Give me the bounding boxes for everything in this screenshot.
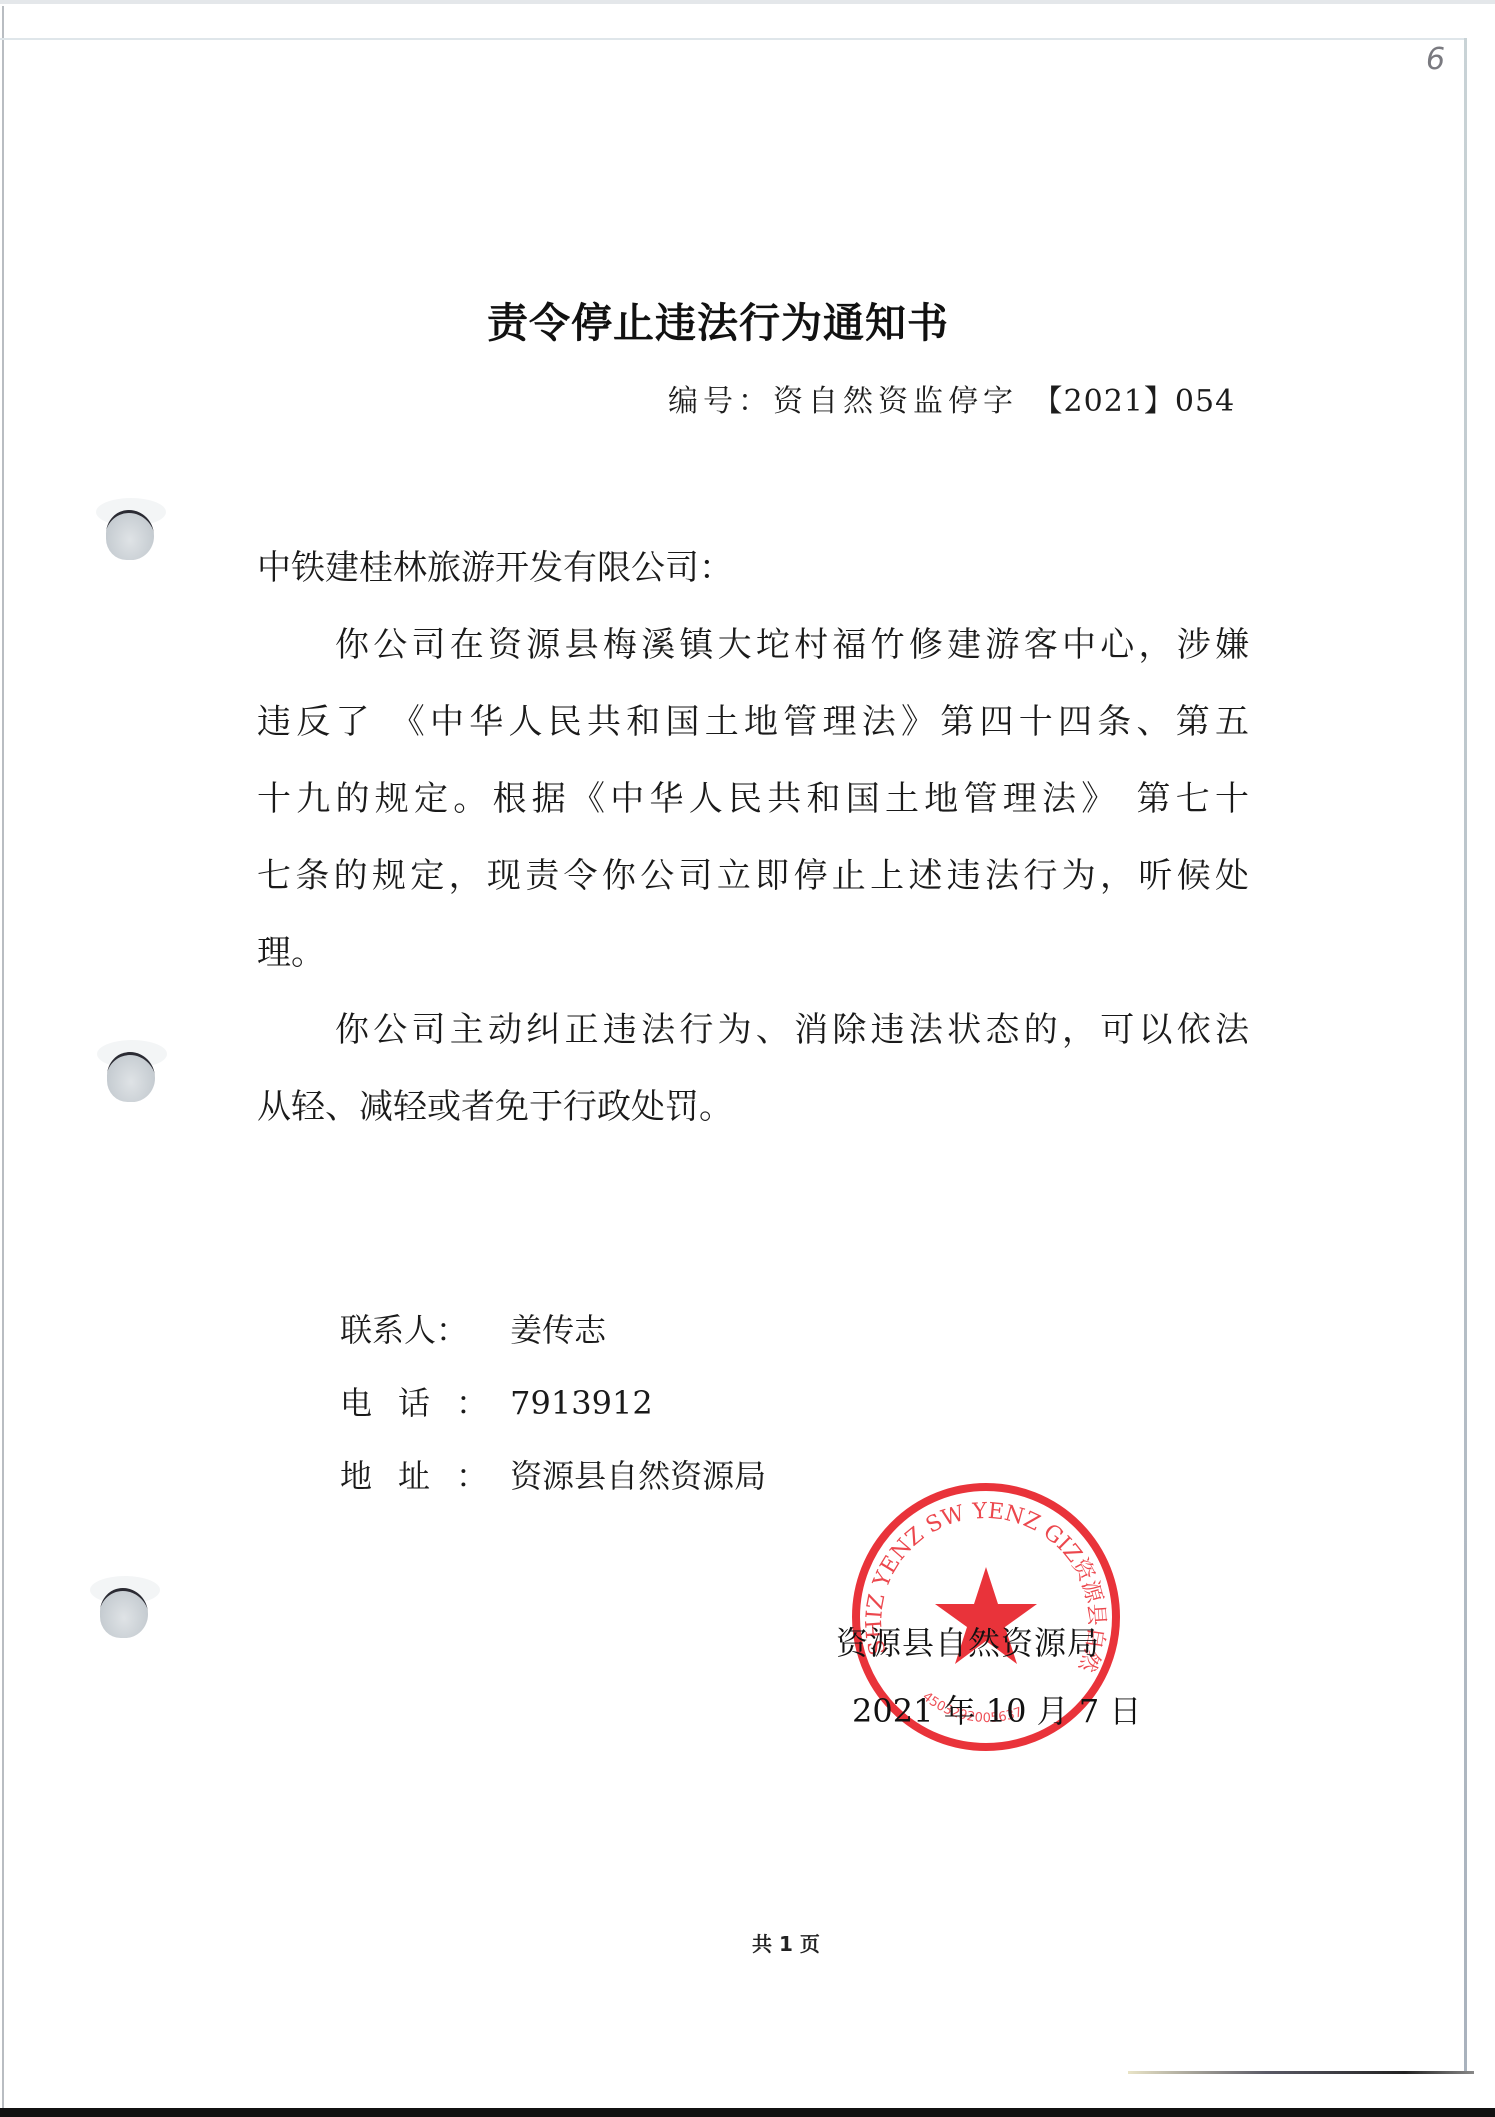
body-line: 十九的规定。根据《中华人民共和国土地管理法》 第七十: [257, 761, 1249, 838]
document-number: 编号：资自然资监停字 【2021】054: [668, 376, 1235, 420]
contact-person-value: 姜传志: [510, 1305, 606, 1355]
body-line: 你公司在资源县梅溪镇大坨村福竹修建游客中心，涉嫌: [257, 607, 1249, 684]
contact-person-row: 联系人： 姜传志: [340, 1305, 766, 1378]
issue-date: 2021 年 10 月 7 日: [852, 1686, 1141, 1732]
contact-address-label: 地址：: [340, 1451, 500, 1501]
sheet-edge-bottom: [1128, 2071, 1474, 2074]
body-line: 你公司主动纠正违法行为、消除违法状态的，可以依法: [257, 992, 1249, 1069]
scan-bottom-band: [0, 2108, 1495, 2117]
contact-block: 联系人： 姜传志 电话： 7913912 地址： 资源县自然资源局: [340, 1305, 766, 1524]
contact-address-value: 资源县自然资源局: [510, 1451, 766, 1501]
contact-phone-value: 7913912: [510, 1378, 653, 1428]
punch-hole-icon: [100, 1588, 148, 1638]
contact-person-label: 联系人：: [340, 1305, 500, 1355]
body-line: 理。: [257, 915, 1249, 992]
recipient: 中铁建桂林旅游开发有限公司：: [257, 530, 1249, 607]
contact-phone-row: 电话： 7913912: [340, 1378, 766, 1451]
body-line: 七条的规定，现责令你公司立即停止上述违法行为，听候处: [257, 838, 1249, 915]
punch-hole-icon: [106, 510, 154, 560]
body-line: 从轻、减轻或者免于行政处罚。: [257, 1069, 1249, 1146]
contact-address-row: 地址： 资源县自然资源局: [340, 1451, 766, 1524]
punch-hole-icon: [107, 1052, 155, 1102]
handwritten-page-number: 6: [1426, 42, 1445, 77]
document-number-value: 【2021】054: [1033, 384, 1236, 419]
issuing-authority: 资源县自然资源局: [836, 1618, 1100, 1664]
contact-phone-label: 电话：: [340, 1378, 500, 1428]
sheet-edge-right: [1464, 38, 1467, 2072]
scan-edge-left: [2, 6, 4, 2108]
page-count: 共 1 页: [752, 1928, 820, 1957]
body-line: 违反了 《中华人民共和国土地管理法》第四十四条、第五: [257, 684, 1249, 761]
document-number-label: 编号：资自然资监停字: [668, 384, 1018, 419]
notice-body: 中铁建桂林旅游开发有限公司： 你公司在资源县梅溪镇大坨村福竹修建游客中心，涉嫌 …: [257, 530, 1249, 1146]
document-title: 责令停止违法行为通知书: [487, 290, 957, 349]
sheet-edge-top: [0, 38, 1465, 40]
scan-edge-top: [0, 0, 1495, 4]
